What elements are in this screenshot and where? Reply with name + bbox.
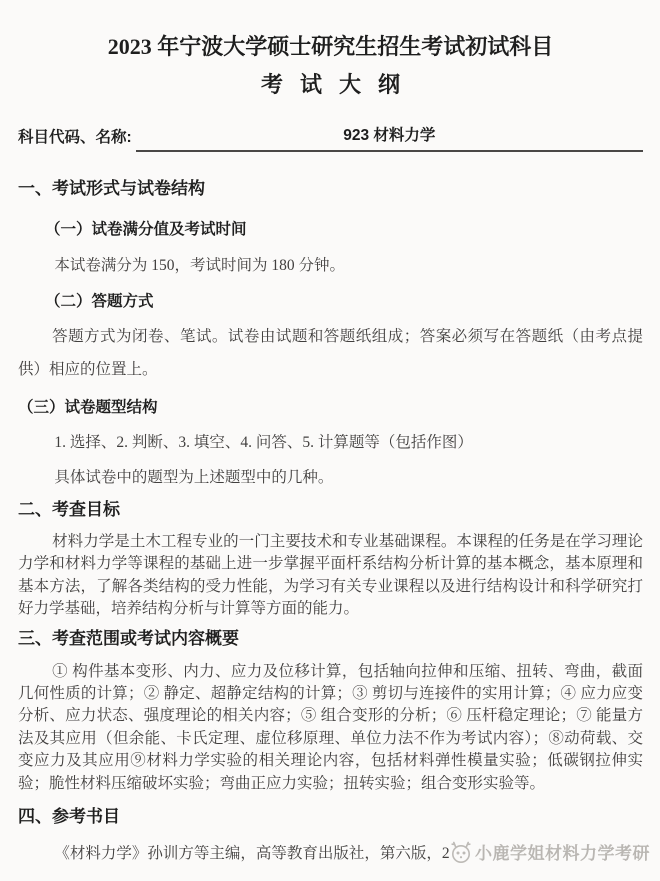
section-4-heading: 四、参考书目 [18,806,643,828]
paragraph-full-score-time: 本试卷满分为 150，考试时间为 180 分钟。 [18,255,643,276]
paragraph-question-types-note: 具体试卷中的题型为上述题型中的几种。 [18,467,643,488]
exam-outline-page: 2023 年宁波大学硕士研究生招生考试初试科目 考试大纲 科目代码、名称: 92… [0,0,660,881]
subject-code-label: 科目代码、名称: [18,128,132,152]
subject-underline: 923 材料力学 [136,126,643,152]
doc-title-line1: 2023 年宁波大学硕士研究生招生考试初试科目 [18,32,643,62]
paragraph-exam-scope: ① 构件基本变形、内力、应力及位移计算，包括轴向拉伸和压缩、扭转、弯曲，截面几何… [18,661,643,795]
deer-face-icon [450,840,472,864]
section-3-heading: 三、考查范围或考试内容概要 [18,628,643,650]
watermark: 小鹿学姐材料力学考研 [450,839,650,864]
section-1-heading: 一、考试形式与试卷结构 [18,178,643,200]
doc-title-line2: 考试大纲 [18,70,643,100]
paragraph-question-types: 1. 选择、2. 判断、3. 填空、4. 问答、5. 计算题等（包括作图） [18,432,643,453]
section-1-sub-3-heading: （三）试卷题型结构 [18,397,643,418]
paragraph-answer-method: 答题方式为闭卷、笔试。试卷由试题和答题纸组成；答案必须写在答题纸（由考点提供）相… [18,320,643,386]
subject-row: 科目代码、名称: 923 材料力学 [18,126,643,152]
section-2-heading: 二、考查目标 [18,499,643,521]
section-1-sub-2-heading: （二）答题方式 [45,291,643,312]
paragraph-exam-objectives: 材料力学是土木工程专业的一门主要技术和专业基础课程。本课程的任务是在学习理论力学… [18,531,643,621]
subject-code-value: 923 材料力学 [343,127,435,144]
watermark-text: 小鹿学姐材料力学考研 [475,839,650,864]
section-1-sub-1-heading: （一）试卷满分值及考试时间 [45,219,643,240]
